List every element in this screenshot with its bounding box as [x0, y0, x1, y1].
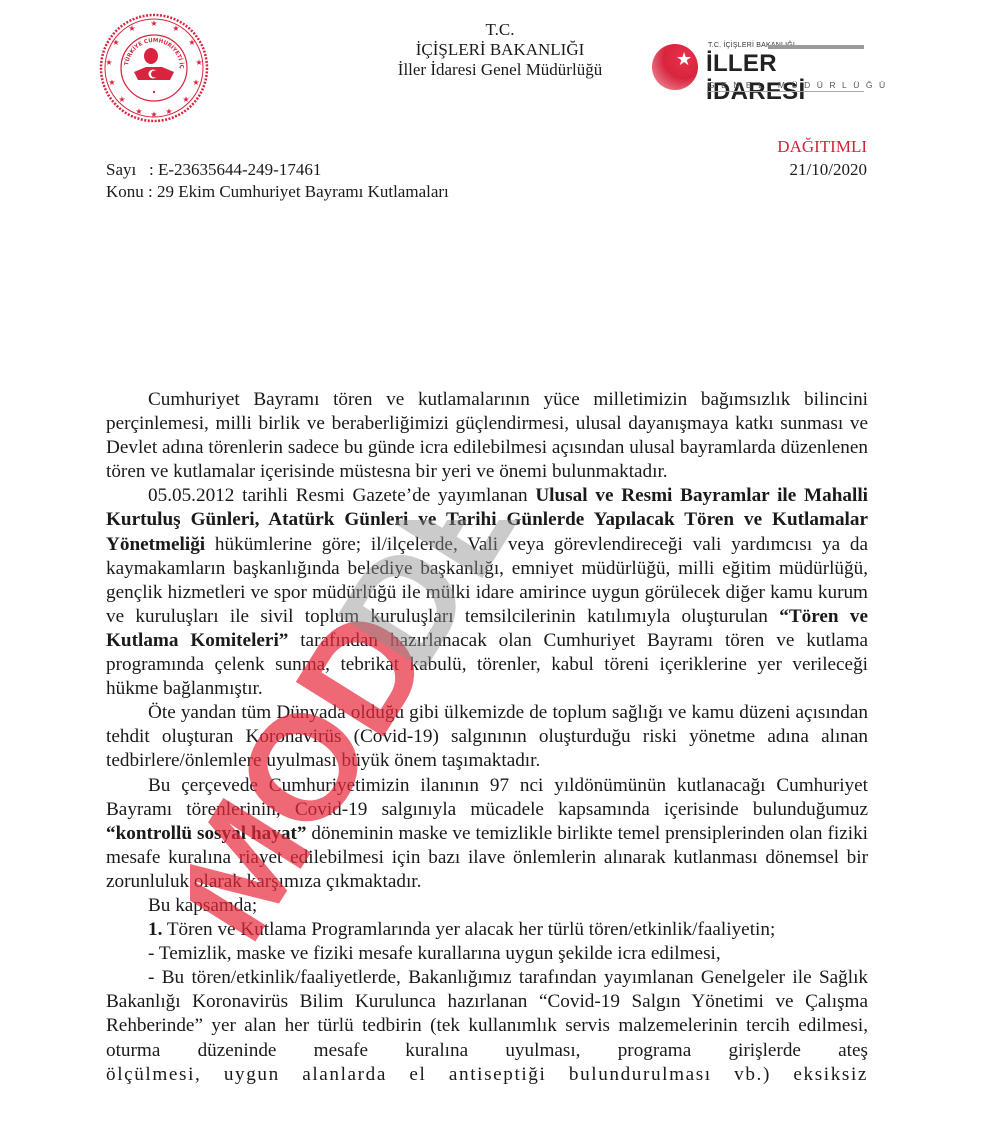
svg-text:★: ★ [118, 95, 125, 104]
svg-text:★: ★ [128, 24, 135, 33]
svg-text:★: ★ [105, 58, 112, 67]
directorate-name: İller İdaresi Genel Müdürlüğü [300, 60, 700, 80]
list-item-1: 1. Tören ve Kutlama Programlarında yer a… [106, 918, 868, 942]
logo-subtitle: GENEL MÜDÜRLÜĞÜ [708, 80, 892, 90]
document-body: Cumhuriyet Bayramı tören ve kutlamaların… [106, 388, 868, 1087]
ministry-name: İÇİŞLERİ BAKANLIĞI [300, 40, 700, 60]
bullet-2-continued: ölçülmesi, uygun alanlarda el antiseptiğ… [106, 1063, 868, 1087]
paragraph-3: Öte yandan tüm Dünyada olduğu gibi ülkem… [106, 701, 868, 773]
p2-text: 05.05.2012 tarihli Resmi Gazete’de yayım… [148, 485, 535, 506]
paragraph-1: Cumhuriyet Bayramı tören ve kutlamaların… [106, 388, 868, 484]
distribution-label: DAĞITIMLI [777, 137, 867, 157]
bullet-2: - Bu tören/etkinlik/faaliyetlerde, Bakan… [106, 966, 868, 1062]
p4-text: Bu çerçevede Cumhuriyetimizin ilanının 9… [106, 775, 868, 820]
subject-line: Konu : 29 Ekim Cumhuriyet Bayramı Kutlam… [106, 182, 449, 202]
p2-text: hükümlerine göre; il/ilçelerde, Vali vey… [106, 534, 868, 627]
svg-text:★: ★ [182, 95, 189, 104]
svg-text:★: ★ [112, 38, 119, 47]
reference-number: Sayı : E-23635644-249-17461 [106, 160, 321, 180]
sayi-label: Sayı : [106, 160, 154, 179]
svg-text:★: ★ [188, 38, 195, 47]
bullet-1: - Temizlik, maske ve fiziki mesafe kural… [106, 942, 868, 966]
paragraph-5: Bu kapsamda; [106, 894, 868, 918]
svg-text:★: ★ [165, 107, 172, 116]
svg-text:★: ★ [192, 78, 199, 87]
paragraph-4: Bu çerçevede Cumhuriyetimizin ilanının 9… [106, 774, 868, 894]
svg-text:★: ★ [150, 19, 157, 28]
letterhead: T.C. İÇİŞLERİ BAKANLIĞI İller İdaresi Ge… [300, 20, 700, 80]
ministry-seal-icon: ★★★ ★★★ ★★★ ★★★ ★★ TÜRKİYE CUMHURİYETİ İ… [98, 12, 210, 124]
svg-text:★: ★ [172, 24, 179, 33]
list-item-text: Tören ve Kutlama Programlarında yer alac… [162, 919, 775, 940]
document-date: 21/10/2020 [790, 160, 867, 180]
sayi-value: E-23635644-249-17461 [158, 160, 321, 179]
iller-idaresi-logo: ★ T.C. İÇİŞLERİ BAKANLIĞI İLLER İDARESİ … [652, 40, 872, 100]
svg-text:★: ★ [150, 110, 157, 119]
logo-title: İLLER İDARESİ [706, 50, 872, 106]
controlled-social-life: “kontrollü sosyal hayat” [106, 823, 306, 844]
svg-text:★: ★ [108, 78, 115, 87]
svg-text:★: ★ [135, 107, 142, 116]
svg-text:★: ★ [195, 58, 202, 67]
konu-value: 29 Ekim Cumhuriyet Bayramı Kutlamaları [157, 182, 449, 201]
logo-bar [768, 45, 864, 49]
list-number: 1. [148, 919, 162, 940]
logo-divider [708, 91, 864, 92]
paragraph-2: 05.05.2012 tarihli Resmi Gazete’de yayım… [106, 484, 868, 701]
star-icon: ★ [676, 50, 692, 68]
country-label: T.C. [300, 20, 700, 40]
konu-label: Konu : [106, 182, 153, 201]
